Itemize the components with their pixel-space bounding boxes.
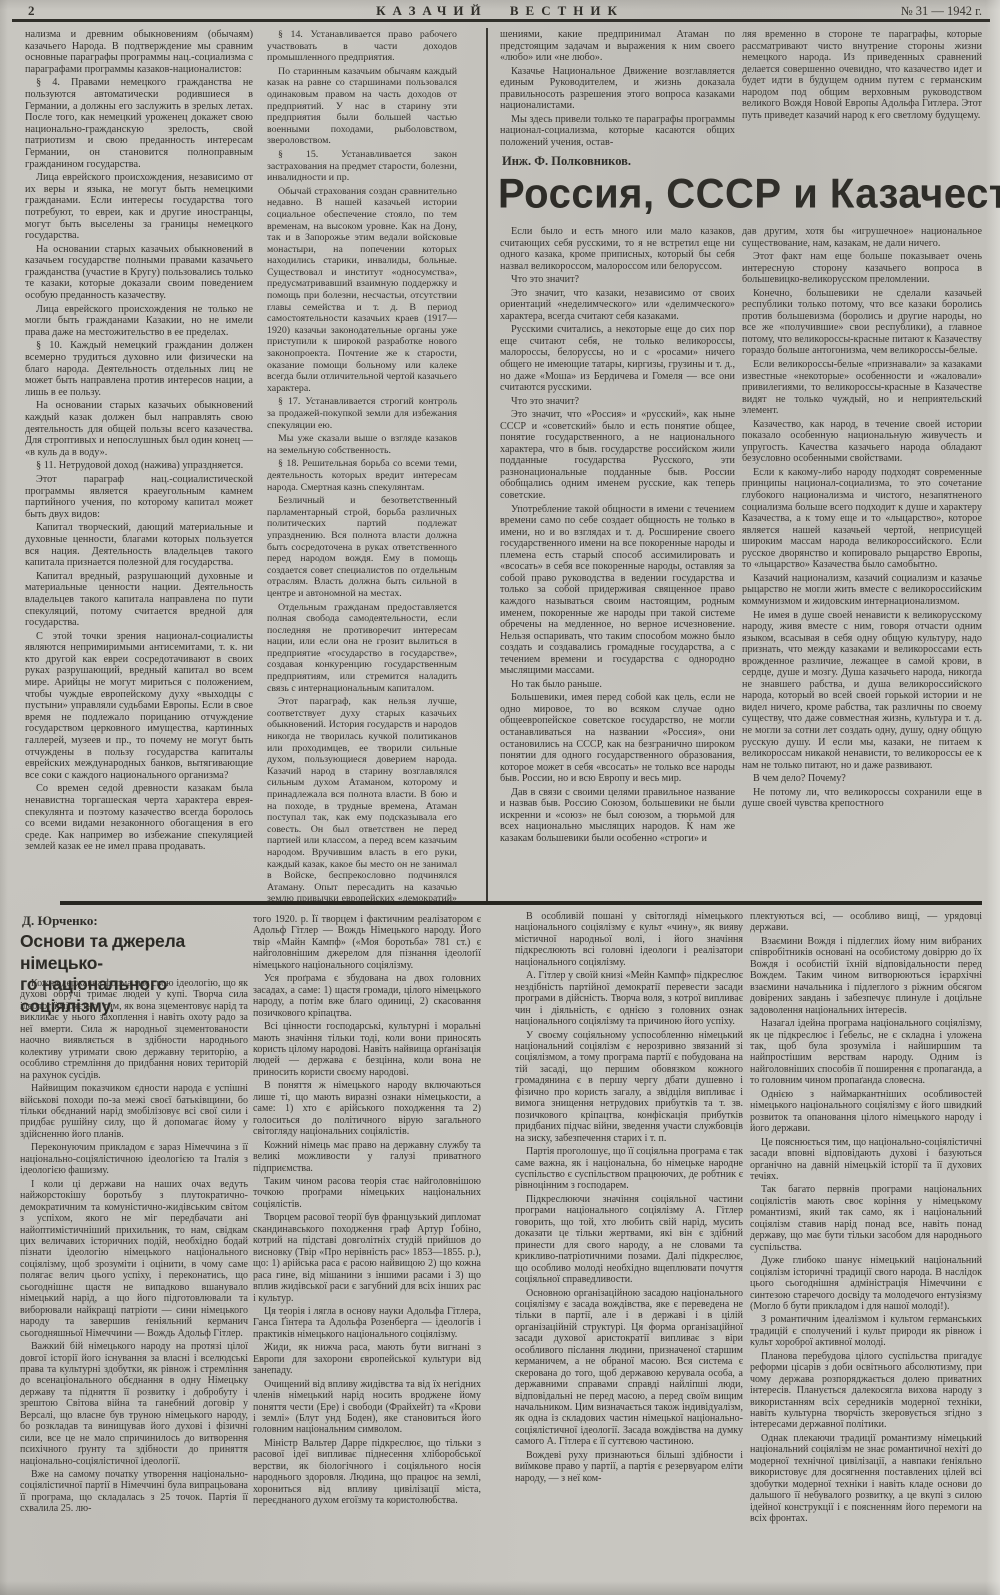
bottom-title-line1: Основи та джерела німецько-	[20, 931, 185, 973]
paragraph: Отдельным гражданам предоставляется полн…	[267, 602, 457, 695]
intro-column-2: ляя временно в стороне те параграфы, кот…	[742, 29, 982, 150]
paragraph: По старинным казачьим обычаям каждый каз…	[267, 66, 457, 147]
paragraph: Употребление такой общности в имени с те…	[500, 504, 735, 677]
paragraph: Вождеві руху признаються більші здібност…	[515, 1450, 743, 1484]
russia-article-column-1: Если было и есть много или мало казаков,…	[500, 226, 735, 902]
masthead-title: КАЗАЧИЙ ВЕСТНИК	[0, 3, 1000, 19]
bottom-article-column-3: В особливій пошані у світогляді німецько…	[515, 911, 743, 1582]
paragraph: Кожний німець має право на державну служ…	[253, 1140, 481, 1174]
issue-number: № 31 — 1942 г.	[901, 4, 982, 19]
paragraph: Дуже глибоко шанує німецький національни…	[750, 1255, 982, 1312]
intro-column-1: шениями, какие предпринимал Атаман по пр…	[500, 29, 735, 150]
paragraph: А. Гітлер у своїй книзі «Мейн Кампф» під…	[515, 970, 743, 1027]
top-article-column-1: нализма и древним обыкновениям (обычаям)…	[25, 29, 253, 903]
paragraph: Если великороссы-белые «признавали» за к…	[742, 359, 982, 417]
paragraph: Этот параграф нац.-социалистической прог…	[25, 474, 253, 520]
paragraph: § 18. Решительная борьба со всеми теми, …	[267, 458, 457, 493]
paragraph: І коли ці держави на наших очах ведуть н…	[20, 1179, 248, 1339]
paragraph: Со времен седой древности казакам была н…	[25, 783, 253, 853]
paragraph: Це пояснюється тим, що національно-соція…	[750, 1137, 982, 1183]
paragraph: Что это значит?	[500, 396, 735, 408]
paragraph: Найвищим показчиком єдности народа є усп…	[20, 1083, 248, 1140]
paragraph: Не имея в душе своей ненависти к великор…	[742, 610, 982, 772]
paragraph: § 11. Нетрудовой доход (нажива) упраздня…	[25, 460, 253, 472]
paragraph: Лица еврейского происхождения, независим…	[25, 172, 253, 242]
paragraph: Казачий национализм, казачий социализм и…	[742, 573, 982, 608]
paragraph: § 17. Устанавливается строгий контроль з…	[267, 396, 457, 431]
paragraph: Что это значит?	[500, 274, 735, 286]
paragraph: Вже на самому початку утворення націонал…	[20, 1469, 248, 1515]
paragraph: Если к какому-либо народу подходят совре…	[742, 467, 982, 571]
paragraph: дав другим, хотя бы «игрушечное» национа…	[742, 226, 982, 249]
paragraph: Однією з наймаркантніших особливостей ні…	[750, 1089, 982, 1135]
paragraph: Этот факт нам еще больше показывает очен…	[742, 251, 982, 286]
paragraph: Мы здесь привели только те параграфы про…	[500, 114, 735, 149]
bottom-article-column-2: того 1920. р. Її творцем і фактичним реа…	[253, 914, 481, 1582]
paragraph: Казачество, как народ, в течение своей и…	[742, 419, 982, 465]
paragraph: З романтичним ідеалізмом і культом герма…	[750, 1314, 982, 1348]
russia-article-headline: Россия, СССР и Казачество.	[498, 171, 986, 218]
paragraph: § 4. Правами немецкого гражданства не по…	[25, 77, 253, 170]
paragraph: Дав в связи с своими целями правильное н…	[500, 787, 735, 845]
paragraph: Русскими считались, а некоторые еще до с…	[500, 324, 735, 393]
paragraph: Творцем расової теорії був французький д…	[253, 1212, 481, 1304]
paragraph: На основании старых казачьих обыкновений…	[25, 400, 253, 458]
paragraph: Жиди, як нижча раса, мають бути вигнані …	[253, 1342, 481, 1376]
paragraph: Если было и есть много или мало казаков,…	[500, 226, 735, 272]
paragraph: Партія проголошує, що її соціяльна прогр…	[515, 1146, 743, 1192]
paragraph: В поняття ж німецького народу включаютьс…	[253, 1080, 481, 1137]
paragraph: Міністр Вальтер Дарре підкреслює, що тіл…	[253, 1438, 481, 1507]
paragraph: того 1920. р. Її творцем і фактичним реа…	[253, 914, 481, 971]
paragraph: Обычай страхования создан сравнительно н…	[267, 186, 457, 395]
paragraph: ляя временно в стороне те параграфы, кот…	[742, 29, 982, 121]
paragraph: Это значит, что «Россия» и «русский», ка…	[500, 409, 735, 501]
paragraph: Очищений від впливу жидівства та від їх …	[253, 1379, 481, 1436]
paragraph: Но так было раньше.	[500, 679, 735, 691]
newspaper-page: 2 КАЗАЧИЙ ВЕСТНИК № 31 — 1942 г. нализма…	[0, 0, 1000, 1595]
paragraph: § 14. Устанавливается право рабочего уча…	[267, 29, 457, 64]
paragraph: Мы уже сказали выше о взгляде казаков на…	[267, 433, 457, 456]
paragraph: Підкреслюючи значіння соціяльної частини…	[515, 1194, 743, 1286]
paragraph: Всі цінности господарські, культурні і м…	[253, 1021, 481, 1078]
paragraph: Это значит, что казаки, независимо от св…	[500, 288, 735, 323]
paragraph: шениями, какие предпринимал Атаман по пр…	[500, 29, 735, 64]
section-divider-rule	[60, 901, 982, 905]
paragraph: нализма и древним обыкновениям (обычаям)…	[25, 29, 253, 75]
paragraph: Планова перебудова цілого суспільства пр…	[750, 1351, 982, 1431]
russia-article-column-2: дав другим, хотя бы «игрушечное» национа…	[742, 226, 982, 902]
top-article-column-2: § 14. Устанавливается право рабочего уча…	[267, 29, 457, 903]
paragraph: Этот параграф, как нельзя лучше, соответ…	[267, 696, 457, 903]
column-rule-vertical	[486, 28, 488, 901]
paragraph: С этой точки зрения национал-социалисты …	[25, 631, 253, 782]
paragraph: § 10. Каждый немецкий гражданин должен в…	[25, 340, 253, 398]
paragraph: Не потому ли, что великороссы сохранили …	[742, 787, 982, 810]
paragraph: Капитал вредный, разрушающий духовные и …	[25, 571, 253, 629]
paragraph: Большевики, имея перед собой как цель, е…	[500, 692, 735, 784]
paragraph: Капитал творческий, дающий материальные …	[25, 522, 253, 568]
paragraph: Однак плекаючи традиції романтизму німец…	[750, 1433, 982, 1525]
paragraph: Так багато первнів програми національних…	[750, 1184, 982, 1253]
paragraph: Переконуючим прикладом є зараз Німеччина…	[20, 1142, 248, 1176]
paragraph: Кожна державна форма має свою ідеологію,…	[20, 978, 248, 1081]
paragraph: Основною організаційною засадою націонал…	[515, 1288, 743, 1448]
russia-article-byline: Инж. Ф. Полковников.	[502, 154, 631, 169]
paragraph: Казачье Национальное Движение возглавляе…	[500, 66, 735, 112]
masthead-rule	[12, 19, 990, 22]
paragraph: Взаємини Вождя і підлеглих йому ним вибр…	[750, 936, 982, 1016]
paragraph: Назагал ідейна програма національного со…	[750, 1018, 982, 1087]
paragraph: Уся проґрама є збудована на двох головни…	[253, 973, 481, 1019]
paragraph: В особливій пошані у світогляді німецько…	[515, 911, 743, 968]
paragraph: В чем дело? Почему?	[742, 773, 982, 785]
paragraph: На основании старых казачьих обыкновений…	[25, 244, 253, 302]
paragraph: У своєму соціяльному успособленню німець…	[515, 1030, 743, 1145]
paragraph: Важкий бій німецького народу на протязі …	[20, 1341, 248, 1467]
paragraph: Конечно, большевики не сделали казачьей …	[742, 288, 982, 357]
paragraph: Ця теорія і лягла в основу науки Адольфа…	[253, 1306, 481, 1340]
paragraph: Таким чином расова теорія стає найголовн…	[253, 1176, 481, 1210]
bottom-article-column-4: плектуються всі, — особливо вищі, — уряд…	[750, 911, 982, 1582]
bottom-article-column-1: Кожна державна форма має свою ідеологію,…	[20, 978, 248, 1582]
paragraph: Безличный и безответственный парламентар…	[267, 495, 457, 599]
paragraph: плектуються всі, — особливо вищі, — уряд…	[750, 911, 982, 934]
paragraph: Лица еврейского происхождения не только …	[25, 304, 253, 339]
paragraph: § 15. Устанавливается закон застраховани…	[267, 149, 457, 184]
bottom-article-byline: Д. Юрченко:	[22, 913, 98, 929]
